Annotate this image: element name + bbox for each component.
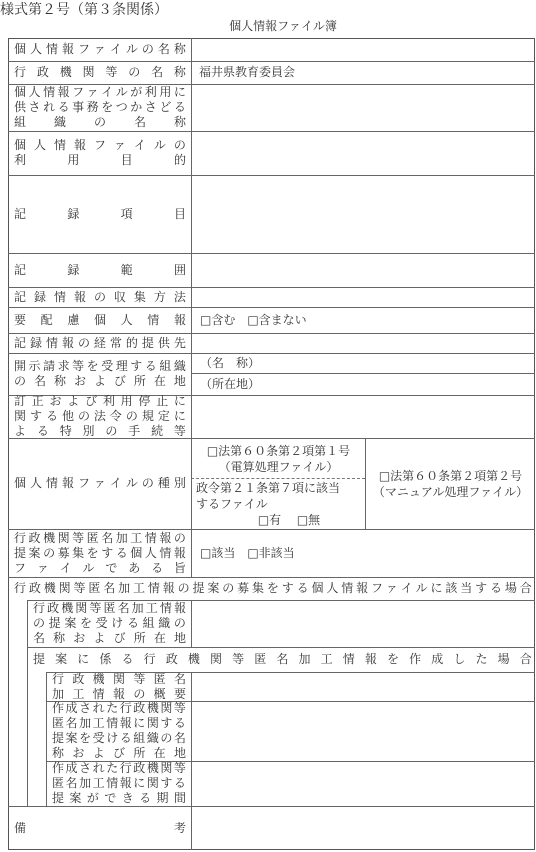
label-collection-method: 記録情報の収集方法 <box>14 287 186 307</box>
label-line: 称および所在地 <box>52 746 186 761</box>
label-line: 加工情報の概要 <box>52 687 186 702</box>
label-special-procedures: 訂正および利用停止に 関する他の法令の規定に よる特別の手続等 <box>14 395 186 438</box>
organization-field[interactable] <box>196 84 532 131</box>
label-sensitive-info: 要配慮個人情報 <box>14 307 186 333</box>
label-proposal-receiving-org: 行政機関等匿名加工情報 の提案を受ける組織の 名称および所在地 <box>33 600 186 647</box>
label-agency-name: 行政機関等の名称 <box>14 61 186 84</box>
checkbox-manual-file[interactable]: □法第６０条第２項第２号 <box>366 468 535 484</box>
regular-recipients-field[interactable] <box>196 333 532 353</box>
label-line: 提案の募集をする個人情報 <box>14 546 186 561</box>
label-proposal-period: 作成された行政機関等 匿名加工情報に関する 提案ができる期間 <box>52 761 186 806</box>
dotted-divider <box>191 478 365 479</box>
file-name-field[interactable] <box>196 38 532 61</box>
section-heading-text: 行政機関等匿名加工情報の提案の募集をする個人情報ファイルに該当する場合 <box>14 581 532 596</box>
label-line: 記録項目 <box>14 207 186 222</box>
label-line: 関する他の法令の規定に <box>14 409 186 424</box>
label-regular-recipients: 記録情報の経常的提供先 <box>14 333 186 353</box>
label-line: 個人情報ファイルの名称 <box>14 42 186 57</box>
label-line: よる特別の手続等 <box>14 424 186 439</box>
label-line: 記録情報の収集方法 <box>14 290 186 305</box>
label-record-range: 記録範囲 <box>14 253 186 287</box>
document-title: 個人情報ファイル簿 <box>0 18 536 34</box>
collection-method-field[interactable] <box>196 287 532 307</box>
label-line: 匿名加工情報に関する <box>52 776 186 791</box>
column-divider <box>191 38 192 577</box>
label-line: 開示請求等を受理する組織 <box>14 359 186 374</box>
label-line: 行政機関等匿名加工情報の <box>14 531 186 546</box>
label-purpose: 個人情報ファイルの 利用目的 <box>14 131 186 175</box>
created-proposal-org-field[interactable] <box>196 701 532 761</box>
proposal-period-field[interactable] <box>196 761 532 806</box>
label-line: 利用目的 <box>14 153 186 168</box>
label-line: 記録情報の経常的提供先 <box>14 336 186 351</box>
label-anonymized-recruitment: 行政機関等匿名加工情報の 提案の募集をする個人情報 ファイルである旨 <box>14 529 186 577</box>
column-divider <box>191 672 192 850</box>
label-line: 記録範囲 <box>14 263 186 278</box>
checkbox-ordinance-yes[interactable]: □有 <box>258 513 281 527</box>
label-line: 要配慮個人情報 <box>14 313 186 328</box>
label-file-type: 個人情報ファイルの種別 <box>14 438 186 529</box>
label-line: 個人情報ファイルの <box>14 138 186 153</box>
label-line: 名称および所在地 <box>33 631 186 646</box>
label-file-name: 個人情報ファイルの名称 <box>14 38 186 61</box>
column-divider <box>191 600 192 647</box>
indent-divider <box>46 672 47 806</box>
label-line: 行政機関等匿名 <box>52 672 186 687</box>
label-line: 提案ができる期間 <box>52 791 186 806</box>
label-line: の名称および所在地 <box>14 374 186 389</box>
label-line: 作成された行政機関等 <box>52 701 186 716</box>
label-line: 行政機関等の名称 <box>14 65 186 80</box>
agency-name-field[interactable]: 福井県教育委員会 <box>199 61 532 84</box>
anonymized-recruitment-options: □該当 □非該当 <box>200 529 530 577</box>
file-type-ordinance: 政令第２１条第７項に該当 するファイル □有 □無 <box>196 480 364 529</box>
label-line: 供される事務をつかさどる <box>14 100 186 115</box>
label-organization: 個人情報ファイルが利用に 供される事務をつかさどる 組織の名称 <box>14 84 186 131</box>
checkbox-applicable[interactable]: □該当 <box>200 546 235 561</box>
label-line: 個人情報ファイルが利用に <box>14 85 186 100</box>
label-line: 作成された行政機関等 <box>52 761 186 776</box>
indent-divider <box>27 600 28 806</box>
disclosure-org-address-field[interactable]: （所在地） <box>200 373 530 395</box>
label-line: 個人情報ファイルの種別 <box>14 476 186 491</box>
checkbox-electronic-file[interactable]: □法第６０条第２項第１号 <box>192 443 365 459</box>
label-created-proposal-org: 作成された行政機関等 匿名加工情報に関する 提案を受ける組織の名 称および所在地 <box>52 701 186 761</box>
label-line: の提案を受ける組織の <box>33 616 186 631</box>
section-heading-applicable: 行政機関等匿名加工情報の提案の募集をする個人情報ファイルに該当する場合 <box>14 577 532 600</box>
checkbox-not-includes[interactable]: □含まない <box>247 313 306 328</box>
disclosure-org-name-field[interactable]: （名 称） <box>200 353 530 373</box>
ordinance-text: 政令第２１条第７項に該当 <box>196 480 364 496</box>
electronic-file-note: （電算処理ファイル） <box>192 459 365 475</box>
label-line: 行政機関等匿名加工情報 <box>33 601 186 616</box>
file-type-electronic: □法第６０条第２項第１号 （電算処理ファイル） <box>192 440 365 478</box>
remarks-field[interactable] <box>196 806 532 850</box>
form-id: 様式第２号（第３条関係） <box>0 0 168 20</box>
checkbox-not-applicable[interactable]: □非該当 <box>247 546 294 561</box>
label-record-items: 記録項目 <box>14 175 186 253</box>
purpose-field[interactable] <box>196 131 532 175</box>
label-line: 提案を受ける組織の名 <box>52 731 186 746</box>
record-items-field[interactable] <box>196 175 532 253</box>
label-remarks: 備考 <box>14 806 186 850</box>
manual-file-note: （マニュアル処理ファイル） <box>366 484 535 500</box>
file-type-manual: □法第６０条第２項第２号 （マニュアル処理ファイル） <box>366 438 535 529</box>
ordinance-text: するファイル <box>196 496 364 512</box>
special-procedures-field[interactable] <box>196 395 532 438</box>
label-line: 組織の名称 <box>14 115 186 130</box>
label-disclosure-org: 開示請求等を受理する組織 の名称および所在地 <box>14 353 186 395</box>
checkbox-includes[interactable]: □含む <box>200 313 235 328</box>
section-heading-text: 提案に係る行政機関等匿名加工情報を作成した場合 <box>33 652 532 667</box>
label-line: 備考 <box>14 821 186 836</box>
label-line: 訂正および利用停止に <box>14 394 186 409</box>
label-line: ファイルである旨 <box>14 561 186 576</box>
label-line: 匿名加工情報に関する <box>52 716 186 731</box>
record-range-field[interactable] <box>196 253 532 287</box>
checkbox-ordinance-no[interactable]: □無 <box>297 513 320 527</box>
label-anonymized-summary: 行政機関等匿名 加工情報の概要 <box>52 672 186 701</box>
section-heading-created: 提案に係る行政機関等匿名加工情報を作成した場合 <box>33 647 532 672</box>
sensitive-info-options: □含む □含まない <box>200 307 530 333</box>
proposal-receiving-org-field[interactable] <box>196 600 532 647</box>
anonymized-summary-field[interactable] <box>196 672 532 701</box>
